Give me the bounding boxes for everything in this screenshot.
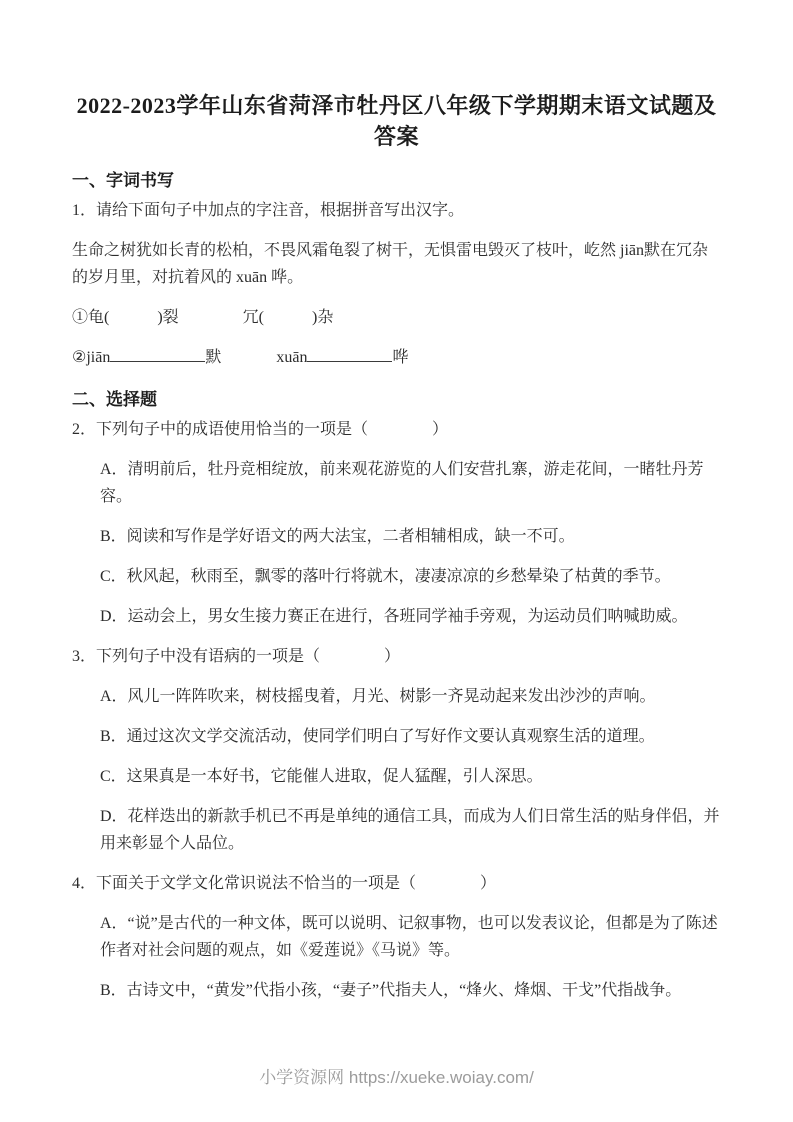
question-3-option-b: B．通过这次文学交流活动，使同学们明白了写好作文要认真观察生活的道理。 <box>100 723 721 750</box>
answer-blank-jian <box>110 346 205 362</box>
question-2-option-c: C．秋风起，秋雨至，飘零的落叶行将就木，凄凄凉凉的乡愁晕染了枯黄的季节。 <box>100 563 721 590</box>
question-4-options: A．“说”是古代的一种文体，既可以说明、记叙事物，也可以发表议论，但都是为了陈述… <box>100 910 721 1004</box>
question-3-option-a: A．风儿一阵阵吹来，树枝摇曳着，月光、树影一齐晃动起来发出沙沙的声响。 <box>100 683 721 710</box>
question-1-item-2: ②jiān默xuān哗 <box>72 344 721 371</box>
char-mo-label: 默 <box>205 349 221 366</box>
document-title: 2022-2023学年山东省菏泽市牡丹区八年级下学期期末语文试题及答案 <box>71 0 723 152</box>
page-footer: 小学资源网 https://xueke.woiay.com/ <box>0 1063 793 1088</box>
question-2-prompt: 2．下列句子中的成语使用恰当的一项是（ ） <box>72 416 721 443</box>
answer-blank-xuan <box>307 346 392 362</box>
question-1-item-1: ①龟( )裂 冗( )杂 <box>72 304 721 331</box>
question-3-option-d: D．花样迭出的新款手机已不再是单纯的通信工具，而成为人们日常生活的贴身伴侣，并用… <box>100 803 721 857</box>
pinyin-jian-label: ②jiān <box>72 349 110 366</box>
question-1-prompt: 1．请给下面句子中加点的字注音，根据拼音写出汉字。 <box>72 197 721 224</box>
char-hua-label: 哗 <box>392 349 408 366</box>
question-4-option-a: A．“说”是古代的一种文体，既可以说明、记叙事物，也可以发表议论，但都是为了陈述… <box>100 910 721 964</box>
pinyin-xuan-label: xuān <box>276 349 307 366</box>
exam-document-page: 2022-2023学年山东省菏泽市牡丹区八年级下学期期末语文试题及答案 一、字词… <box>0 0 793 1122</box>
question-2-options: A．清明前后，牡丹竞相绽放，前来观花游览的人们安营扎寨，游走花间，一睹牡丹芳容。… <box>100 456 721 630</box>
question-3-option-c: C．这果真是一本好书，它能催人进取，促人猛醒，引人深思。 <box>100 763 721 790</box>
document-body: 一、字词书写 1．请给下面句子中加点的字注音，根据拼音写出汉字。 生命之树犹如长… <box>0 167 793 1004</box>
section-heading-multiple-choice: 二、选择题 <box>72 386 721 413</box>
question-2-option-b: B．阅读和写作是学好语文的两大法宝，二者相辅相成，缺一不可。 <box>100 523 721 550</box>
question-4-option-b: B．古诗文中，“黄发”代指小孩，“妻子”代指夫人，“烽火、烽烟、干戈”代指战争。 <box>100 977 721 1004</box>
question-2-option-d: D．运动会上，男女生接力赛正在进行，各班同学袖手旁观，为运动员们呐喊助威。 <box>100 603 721 630</box>
question-2-option-a: A．清明前后，牡丹竞相绽放，前来观花游览的人们安营扎寨，游走花间，一睹牡丹芳容。 <box>100 456 721 510</box>
question-3-options: A．风儿一阵阵吹来，树枝摇曳着，月光、树影一齐晃动起来发出沙沙的声响。 B．通过… <box>100 683 721 857</box>
footer-site-name: 小学资源网 <box>259 1068 344 1087</box>
question-1-passage: 生命之树犹如长青的松柏，不畏风霜龟裂了树干，无惧雷电毁灭了枝叶，屹然 jiān默… <box>72 237 721 291</box>
footer-url[interactable]: https://xueke.woiay.com/ <box>349 1068 534 1087</box>
question-3-prompt: 3．下列句子中没有语病的一项是（ ） <box>72 643 721 670</box>
question-4-prompt: 4．下面关于文学文化常识说法不恰当的一项是（ ） <box>72 870 721 897</box>
section-heading-word-writing: 一、字词书写 <box>72 167 721 194</box>
